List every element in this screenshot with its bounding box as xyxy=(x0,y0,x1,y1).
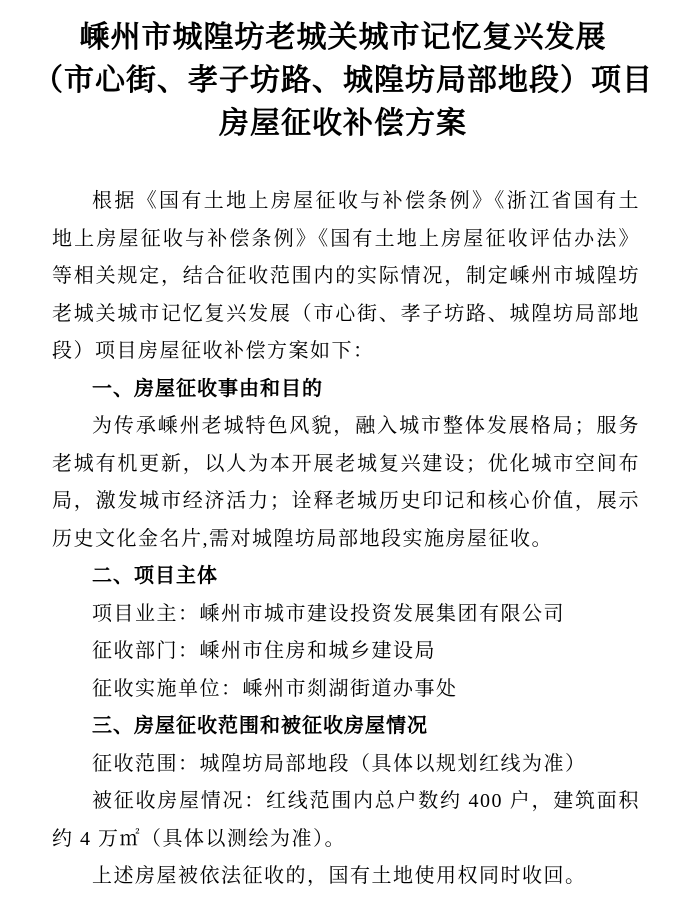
document-body: 根据《国有土地上房屋征收与补偿条例》《浙江省国有土地上房屋征收与补偿条例》《国有… xyxy=(0,183,686,896)
intro-paragraph: 根据《国有土地上房屋征收与补偿条例》《浙江省国有土地上房屋征收与补偿条例》《国有… xyxy=(52,183,640,371)
expropriation-scope-line: 征收范围：城隍坊局部地段（具体以规划红线为准） xyxy=(52,746,640,784)
project-owner-line: 项目业主：嵊州市城市建设投资发展集团有限公司 xyxy=(52,596,640,634)
section-1-purpose-paragraph: 为传承嵊州老城特色风貌，融入城市整体发展格局；服务老城有机更新，以人为本开展老城… xyxy=(52,408,640,558)
section-1-heading: 一、房屋征收事由和目的 xyxy=(52,371,640,409)
document-title: 嵊州市城隍坊老城关城市记忆复兴发展 （市心街、孝子坊路、城隍坊局部地段）项目 房… xyxy=(0,0,686,145)
section-2-heading: 二、项目主体 xyxy=(52,558,640,596)
title-line-1: 嵊州市城隍坊老城关城市记忆复兴发展 xyxy=(0,16,686,59)
housing-situation-paragraph: 被征收房屋情况：红线范围内总户数约 400 户，建筑面积约 4 万㎡（具体以测绘… xyxy=(52,783,640,858)
implementing-unit-line: 征收实施单位：嵊州市剡湖街道办事处 xyxy=(52,671,640,709)
section-3-heading: 三、房屋征收范围和被征收房屋情况 xyxy=(52,708,640,746)
expropriation-department-line: 征收部门：嵊州市住房和城乡建设局 xyxy=(52,633,640,671)
land-recovery-line: 上述房屋被依法征收的，国有土地使用权同时收回。 xyxy=(52,858,640,896)
title-line-3: 房屋征收补偿方案 xyxy=(0,102,686,145)
title-line-2: （市心街、孝子坊路、城隍坊局部地段）项目 xyxy=(0,59,686,102)
document-page: 嵊州市城隍坊老城关城市记忆复兴发展 （市心街、孝子坊路、城隍坊局部地段）项目 房… xyxy=(0,0,686,910)
